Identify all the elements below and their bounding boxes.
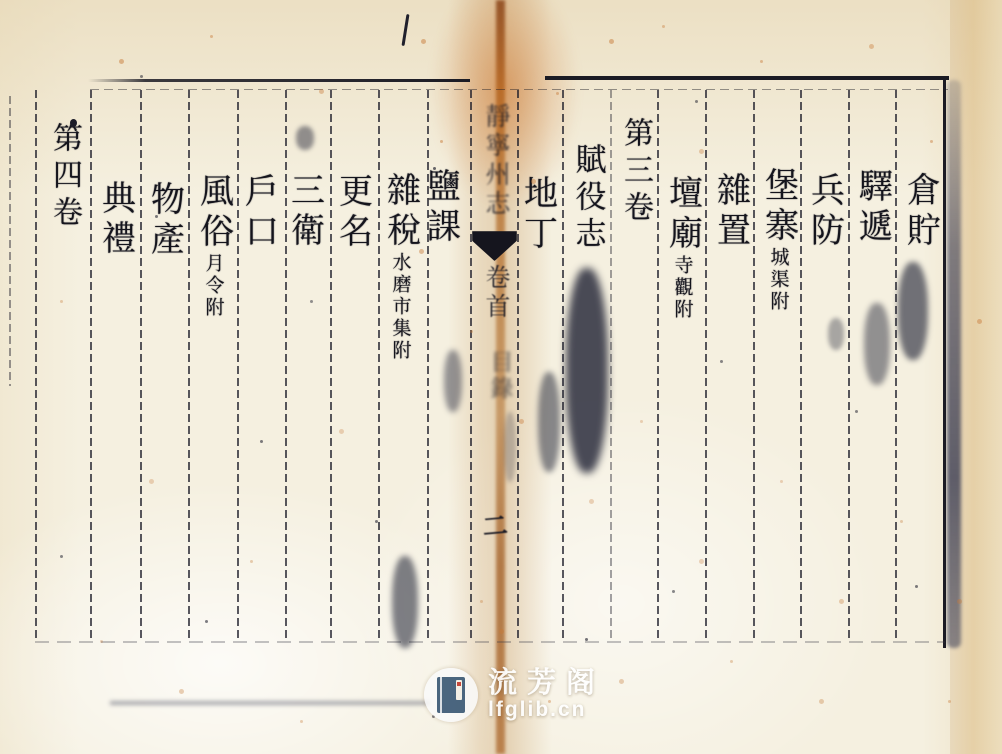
banxin-rule [517, 90, 519, 640]
toc-entry-text: 壇廟 [664, 175, 701, 255]
watermark-site-url: lfglib.cn [488, 698, 605, 721]
bottom-smudge-line [110, 701, 430, 705]
toc-entry: 典禮 [91, 180, 140, 260]
toc-entry: 雜稅水磨市集附 [376, 172, 425, 362]
scanned-gazetteer-page: 倉貯 驛遞 兵防 堡寨城渠附 雜置 壇廟寺觀附 第三卷 賦役志 地丁 靜寧州志 … [0, 0, 1002, 754]
toc-entry-text: 三衛 [286, 172, 323, 252]
ink-smudge [296, 126, 314, 150]
fishtail-icon [472, 231, 517, 261]
dark-specks [0, 0, 3, 3]
toc-entry-text: 兵防 [806, 172, 843, 252]
ink-smudge [566, 268, 608, 473]
column-rule [90, 90, 92, 640]
banxin-section-label: 卷首 [477, 264, 513, 322]
toc-volume-header: 第三卷 [613, 117, 657, 228]
toc-entry: 兵防 [800, 172, 849, 252]
ink-smudge [538, 372, 560, 472]
inner-top-rule [90, 89, 948, 90]
toc-entry-text: 戶口 [240, 173, 277, 253]
toc-entry-text: 堡寨 [760, 167, 797, 247]
toc-entry-text: 地丁 [519, 175, 556, 255]
right-edge-ink-streak [947, 80, 961, 648]
toc-volume-header: 第四卷 [42, 122, 86, 233]
column-rule [140, 90, 142, 640]
toc-entry: 雜置 [706, 172, 755, 252]
volume-header-text: 第四卷 [48, 122, 81, 233]
page-number: 二 [473, 511, 511, 539]
toc-entry-text: 鹽課 [422, 168, 459, 248]
foxing-spots [0, 0, 3, 3]
toc-section-header: 賦役志 [566, 143, 611, 254]
toc-entry: 堡寨城渠附 [754, 167, 803, 313]
book-icon-seal [457, 682, 461, 686]
ink-smudge [504, 412, 516, 482]
toc-entry-annotation: 城渠附 [768, 247, 797, 313]
book-icon-cover [437, 677, 465, 713]
toc-entry-text: 風俗 [195, 173, 232, 253]
column-rule [9, 96, 11, 386]
column-rule [657, 90, 659, 640]
toc-entry-annotation: 水磨市集附 [390, 252, 419, 362]
toc-entry: 驛遞 [848, 168, 897, 248]
top-border-right-page [545, 76, 949, 80]
toc-entry-text: 雜稅 [382, 172, 419, 252]
watermark-site-name: 流芳阁 [488, 669, 605, 698]
book-icon-spine [440, 677, 442, 713]
ink-smudge [898, 262, 928, 360]
toc-entry-annotation: 月令附 [203, 253, 232, 319]
book-icon [424, 668, 478, 722]
right-scan-edge [950, 0, 1002, 754]
toc-entry: 倉貯 [896, 172, 945, 252]
toc-entry: 物產 [140, 181, 189, 261]
toc-entry-text: 驛遞 [854, 168, 891, 248]
toc-entry-text: 典禮 [97, 180, 134, 260]
book-icon-label [456, 680, 462, 700]
banxin-smudged-label: 目錄 [484, 350, 517, 402]
top-border-left-page [88, 79, 470, 82]
volume-header-text: 第三卷 [619, 117, 652, 228]
section-header-text: 賦役志 [571, 143, 606, 254]
toc-entry-text: 物產 [146, 181, 183, 261]
column-rule [35, 90, 37, 640]
watermark: 流芳阁 lfglib.cn [424, 668, 605, 722]
toc-entry: 風俗月令附 [189, 173, 238, 319]
toc-entry-text: 雜置 [712, 172, 749, 252]
toc-entry: 更名 [328, 173, 377, 253]
banxin-rule [470, 90, 472, 640]
ink-smudge [828, 318, 844, 350]
column-rule [562, 90, 564, 640]
toc-entry: 壇廟寺觀附 [658, 175, 707, 321]
toc-entry: 地丁 [513, 175, 562, 255]
toc-entry: 戶口 [234, 173, 283, 253]
ink-smudge [444, 350, 462, 412]
stray-ink-mark [402, 14, 410, 46]
banxin-book-title: 靜寧州志 [477, 103, 513, 219]
toc-entry-text: 倉貯 [902, 172, 939, 252]
bottom-border [35, 641, 945, 643]
watermark-text: 流芳阁 lfglib.cn [488, 669, 605, 721]
right-border [943, 78, 946, 648]
ink-smudge [864, 303, 890, 385]
toc-entry-text: 更名 [334, 173, 371, 253]
ink-smudge [392, 556, 418, 648]
toc-entry-annotation: 寺觀附 [672, 255, 701, 321]
toc-entry: 三衛 [280, 172, 329, 252]
